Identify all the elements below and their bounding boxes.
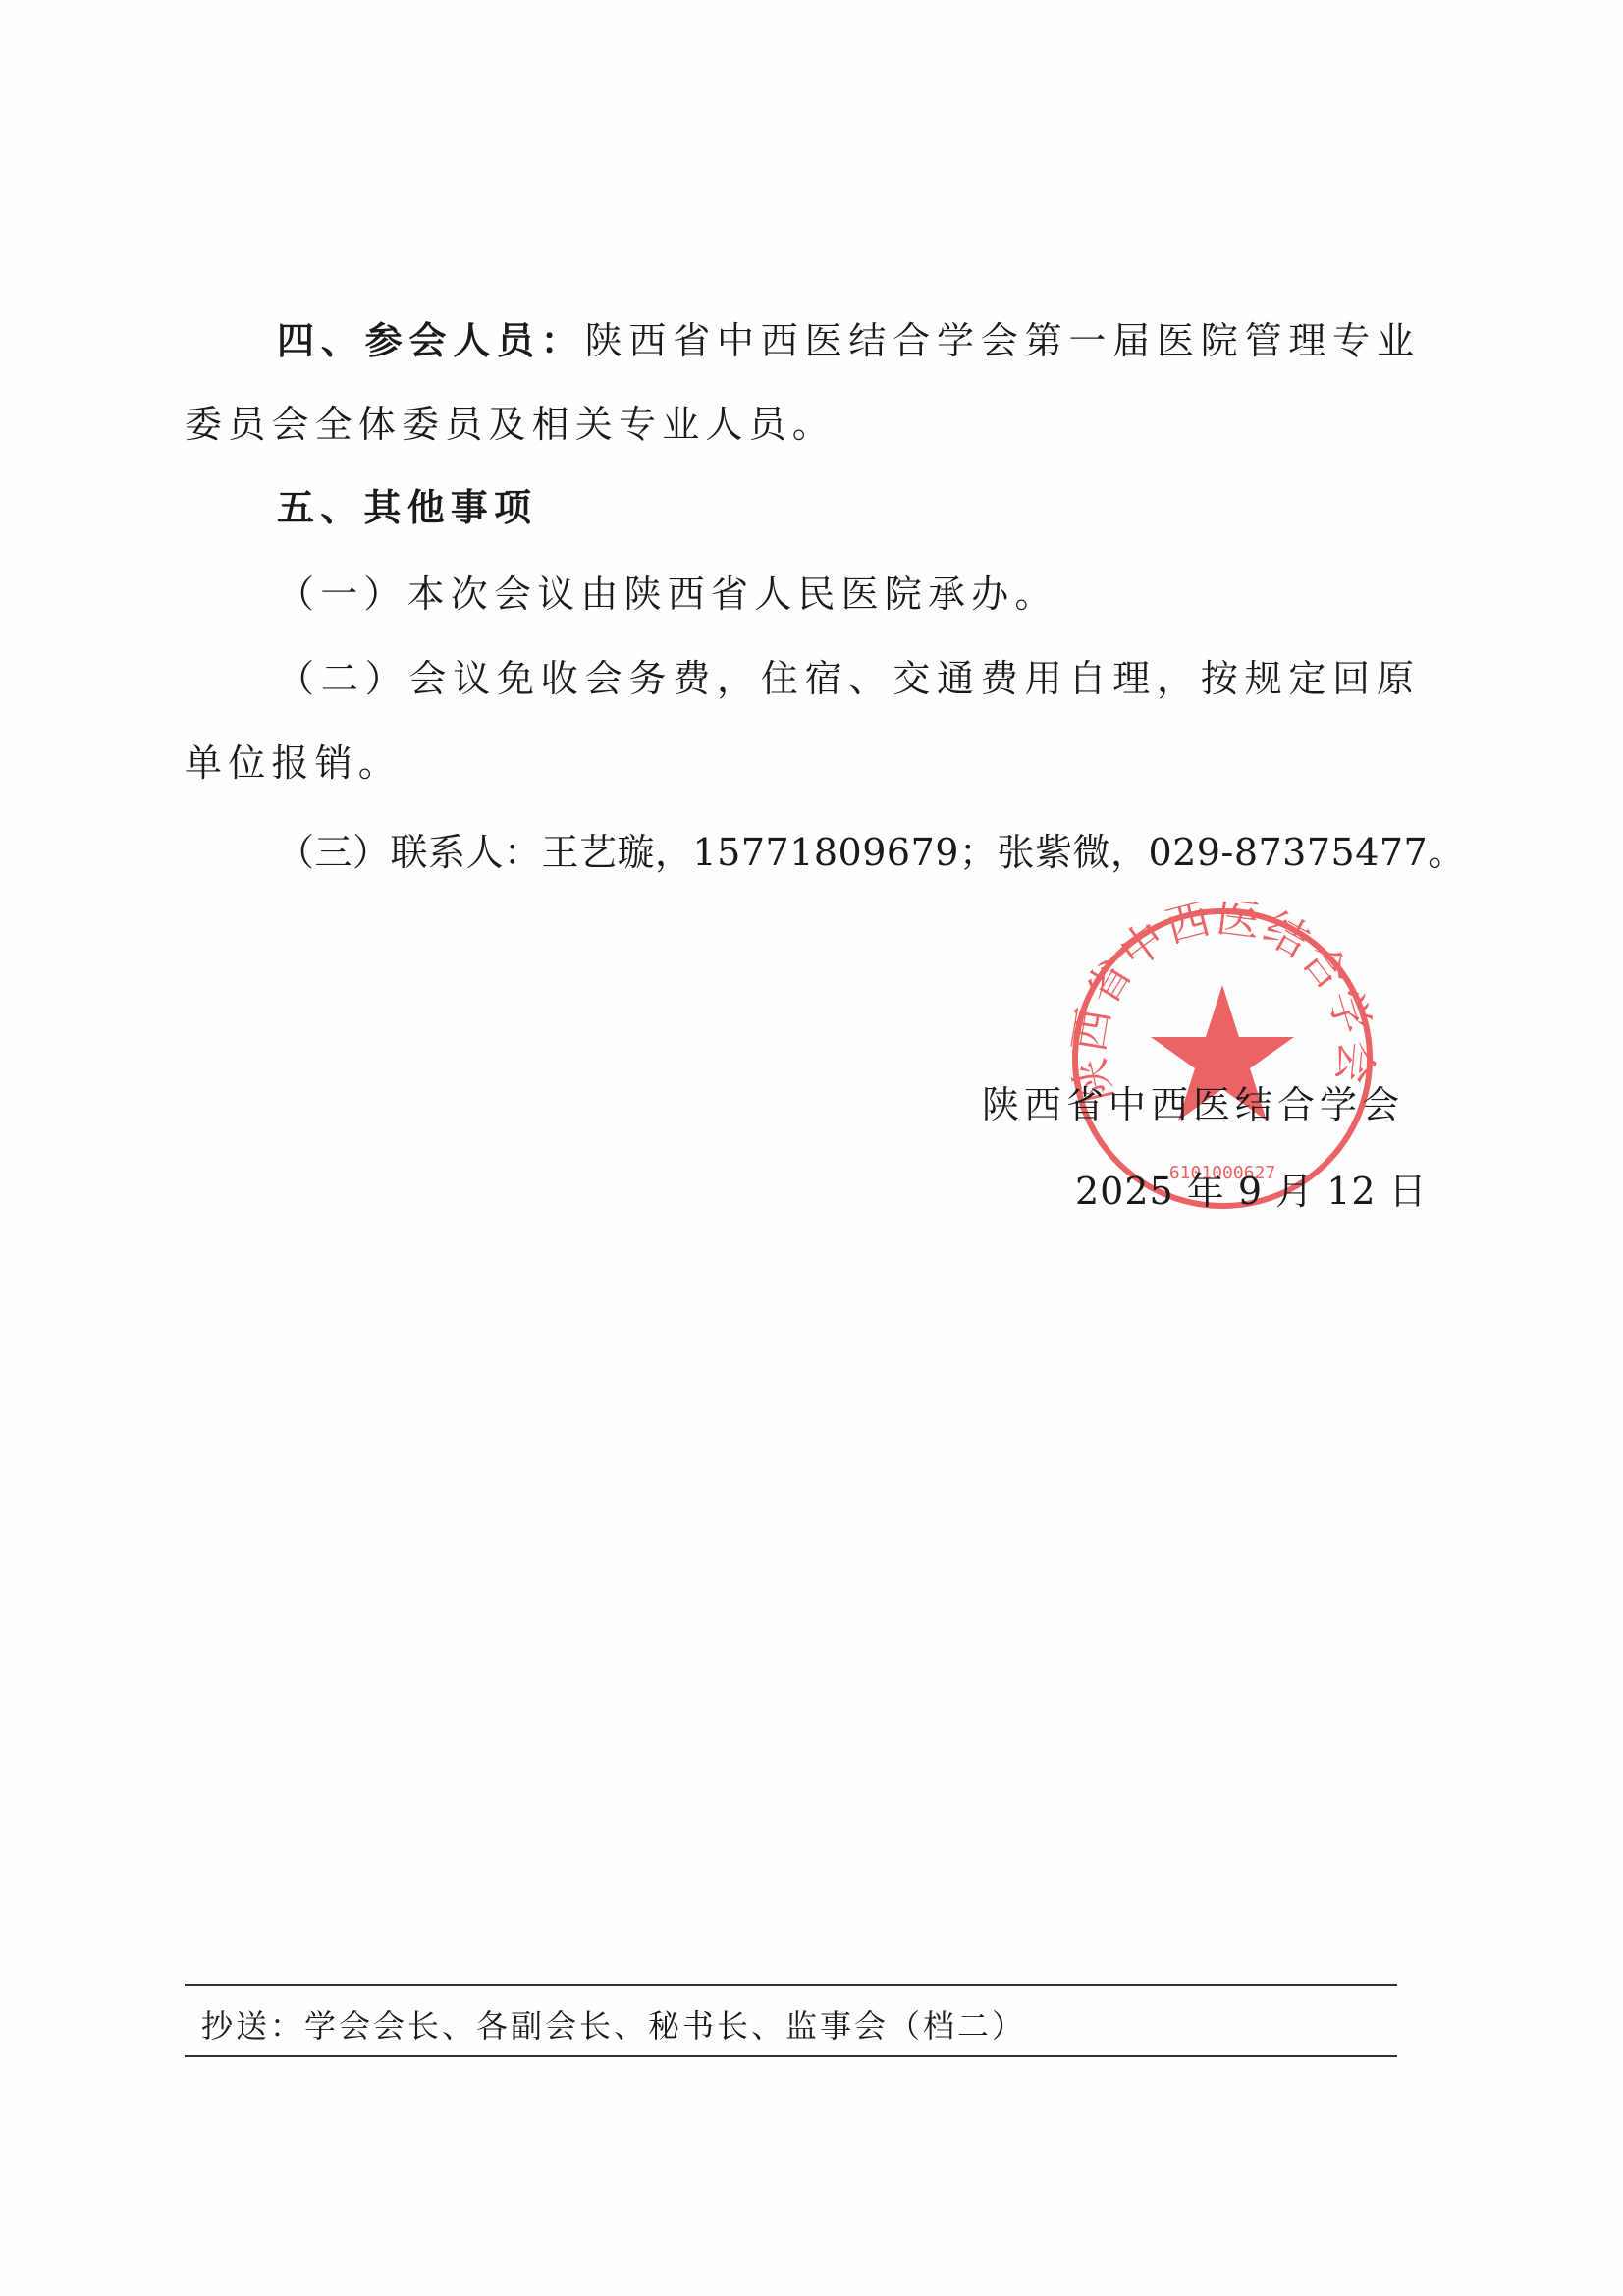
signature-organization: 陕西省中西医结合学会 (982, 1080, 1404, 1129)
cc-line: 抄送：学会会长、各副会长、秘书长、监事会（档二） (201, 2006, 1026, 2046)
section4-line2: 委员会全体委员及相关专业人员。 (185, 400, 836, 449)
section4-text: 陕西省中西医结合学会第一届医院管理专业 (585, 319, 1414, 362)
section5-item-2-line2: 单位报销。 (185, 738, 402, 788)
section5-item-1: （一）本次会议由陕西省人民医院承办。 (277, 570, 1058, 619)
section5-heading: 五、其他事项 (277, 483, 537, 532)
cc-recipients: 学会会长、各副会长、秘书长、监事会（档二） (304, 2007, 1026, 2045)
section4-heading: 四、参会人员： (277, 319, 585, 362)
signature-date: 2025 年 9 月 12 日 (1075, 1167, 1428, 1216)
cc-bottom-rule (185, 2055, 1397, 2057)
section5-item-3: （三）联系人：王艺璇，15771809679；张紫微，029-87375477。 (277, 828, 1466, 877)
document-page: 四、参会人员：陕西省中西医结合学会第一届医院管理专业 委员会全体委员及相关专业人… (0, 0, 1623, 2296)
section5-item-2-line1: （二）会议免收会务费，住宿、交通费用自理，按规定回原 (277, 654, 1414, 703)
cc-top-rule (185, 1984, 1397, 1986)
cc-label: 抄送： (201, 2007, 304, 2045)
section4-line1: 四、参会人员：陕西省中西医结合学会第一届医院管理专业 (277, 316, 1414, 365)
